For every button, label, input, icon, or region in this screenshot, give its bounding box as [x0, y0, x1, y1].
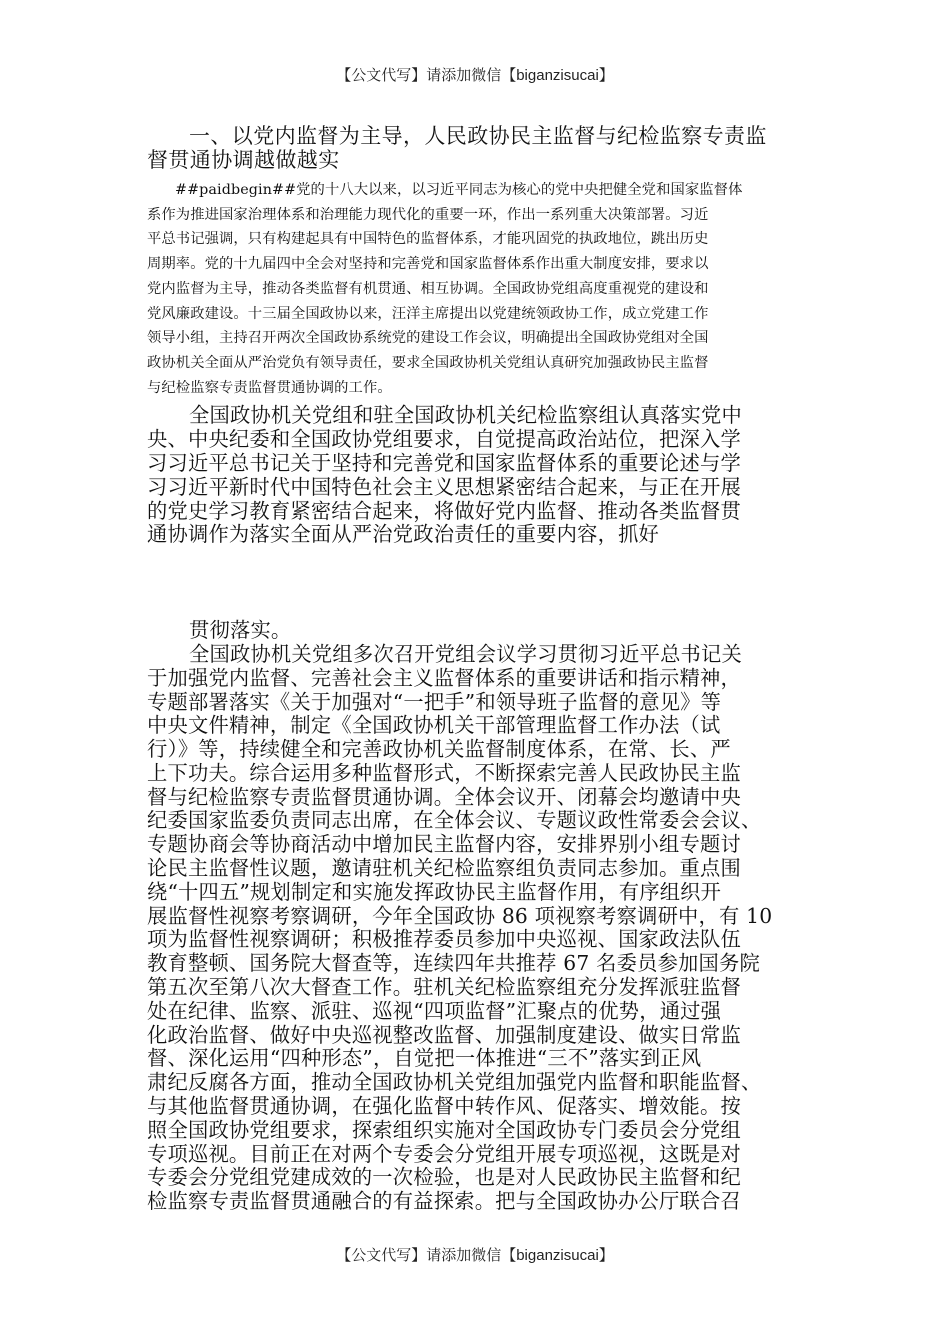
text-line: 肃纪反腐各方面，推动全国政协机关党组加强党内监督和职能监督、	[147, 1071, 812, 1095]
paragraph-continuation: 贯彻落实。	[147, 619, 812, 643]
page-header-watermark: 【公文代写】请添加微信【biganzisucai】	[0, 64, 950, 85]
text-line: 党内监督为主导，推动各类监督有机贯通、相互协调。全国政协党组高度重视党的建设和	[147, 277, 812, 302]
text-line: 平总书记强调，只有构建起具有中国特色的监督体系，才能巩固党的执政地位，跳出历史	[147, 227, 812, 252]
text-line: 论民主监督性议题，邀请驻机关纪检监察组负责同志参加。重点围	[147, 857, 812, 881]
text-line: 中央文件精神，制定《全国政协机关干部管理监督工作办法（试	[147, 714, 812, 738]
text-line: 专题部署落实《关于加强对“一把手”和领导班子监督的意见》等	[147, 691, 812, 715]
text-line: 绕“十四五”规划制定和实施发挥政协民主监督作用，有序组织开	[147, 881, 812, 905]
heading-line: 一、以党内监督为主导，人民政协民主监督与纪检监察专责监	[147, 124, 812, 148]
text-line: 的党史学习教育紧密结合起来，将做好党内监督、推动各类监督贯	[147, 500, 812, 524]
text-line: 全国政协机关党组和驻全国政协机关纪检监察组认真落实党中	[147, 404, 812, 428]
text-line: 与纪检监察专责监督贯通协调的工作。	[147, 376, 812, 401]
paragraph-commitment: 全国政协机关党组和驻全国政协机关纪检监察组认真落实党中 央、中央纪委和全国政协党…	[147, 404, 812, 547]
text-line: 与其他监督贯通协调，在强化监督中转作风、促落实、增效能。按	[147, 1095, 812, 1119]
text-line: 专项巡视。目前正在对两个专委会分党组开展专项巡视，这既是对	[147, 1143, 812, 1167]
text-line: 照全国政协党组要求，探索组织实施对全国政协专门委员会分党组	[147, 1119, 812, 1143]
text-line: 习习近平新时代中国特色社会主义思想紧密结合起来，与正在开展	[147, 476, 812, 500]
text-line: 展监督性视察考察调研，今年全国政协 86 项视察考察调研中，有 10	[147, 905, 812, 929]
page-footer-watermark: 【公文代写】请添加微信【biganzisucai】	[0, 1244, 950, 1265]
heading-line: 督贯通协调越做越实	[147, 148, 812, 172]
text-line: 处在纪律、监察、派驻、巡视“四项监督”汇聚点的优势，通过强	[147, 1000, 812, 1024]
text-line: 项为监督性视察调研；积极推荐委员参加中央巡视、国家政法队伍	[147, 928, 812, 952]
text-line: 习习近平总书记关于坚持和完善党和国家监督体系的重要论述与学	[147, 452, 812, 476]
text-line: 检监察专责监督贯通融合的有益探索。把与全国政协办公厅联合召	[147, 1190, 812, 1214]
paragraph-measures: 全国政协机关党组多次召开党组会议学习贯彻习近平总书记关 于加强党内监督、完善社会…	[147, 643, 812, 1214]
text-line: 央、中央纪委和全国政协党组要求，自觉提高政治站位，把深入学	[147, 428, 812, 452]
text-line: 纪委国家监委负责同志出席，在全体会议、专题议政性常委会会议、	[147, 809, 812, 833]
text-line: 第五次至第八次大督查工作。驻机关纪检监察组充分发挥派驻监督	[147, 976, 812, 1000]
text-line: 化政治监督、做好中央巡视整改监督、加强制度建设、做实日常监	[147, 1024, 812, 1048]
text-line: 专委会分党组党建成效的一次检验，也是对人民政协民主监督和纪	[147, 1166, 812, 1190]
blank-gap	[147, 547, 812, 619]
text-line: 政协机关全面从严治党负有领导责任，要求全国政协机关党组认真研究加强政协民主监督	[147, 351, 812, 376]
text-line: 教育整顿、国务院大督查等，连续四年共推荐 67 名委员参加国务院	[147, 952, 812, 976]
text-line: 党风廉政建设。十三届全国政协以来，汪洋主席提出以党建统领政协工作，成立党建工作	[147, 302, 812, 327]
text-line: 全国政协机关党组多次召开党组会议学习贯彻习近平总书记关	[147, 643, 812, 667]
text-line: 于加强党内监督、完善社会主义监督体系的重要讲话和指示精神，	[147, 667, 812, 691]
text-line: 上下功夫。综合运用多种监督形式，不断探索完善人民政协民主监	[147, 762, 812, 786]
section-heading: 一、以党内监督为主导，人民政协民主监督与纪检监察专责监 督贯通协调越做越实	[147, 124, 812, 172]
document-body: 一、以党内监督为主导，人民政协民主监督与纪检监察专责监 督贯通协调越做越实 ##…	[147, 124, 812, 1214]
text-line: 周期率。党的十九届四中全会对坚持和完善党和国家监督体系作出重大制度安排，要求以	[147, 252, 812, 277]
text-line: 领导小组，主持召开两次全国政协系统党的建设工作会议，明确提出全国政协党组对全国	[147, 326, 812, 351]
text-line: 贯彻落实。	[147, 619, 812, 643]
text-line: 行）》等，持续健全和完善政协机关监督制度体系，在常、长、严	[147, 738, 812, 762]
text-line: 系作为推进国家治理体系和治理能力现代化的重要一环，作出一系列重大决策部署。习近	[147, 203, 812, 228]
text-line: 督、深化运用“四种形态”，自觉把一体推进“三不”落实到正风	[147, 1047, 812, 1071]
text-line: 专题协商会等协商活动中增加民主监督内容，安排界别小组专题讨	[147, 833, 812, 857]
paragraph-intro: ##paidbegin##党的十八大以来，以习近平同志为核心的党中央把健全党和国…	[147, 178, 812, 400]
text-line: 督与纪检监察专责监督贯通协调。全体会议开、闭幕会均邀请中央	[147, 786, 812, 810]
text-line: ##paidbegin##党的十八大以来，以习近平同志为核心的党中央把健全党和国…	[147, 178, 812, 203]
text-line: 通协调作为落实全面从严治党政治责任的重要内容，抓好	[147, 523, 812, 547]
